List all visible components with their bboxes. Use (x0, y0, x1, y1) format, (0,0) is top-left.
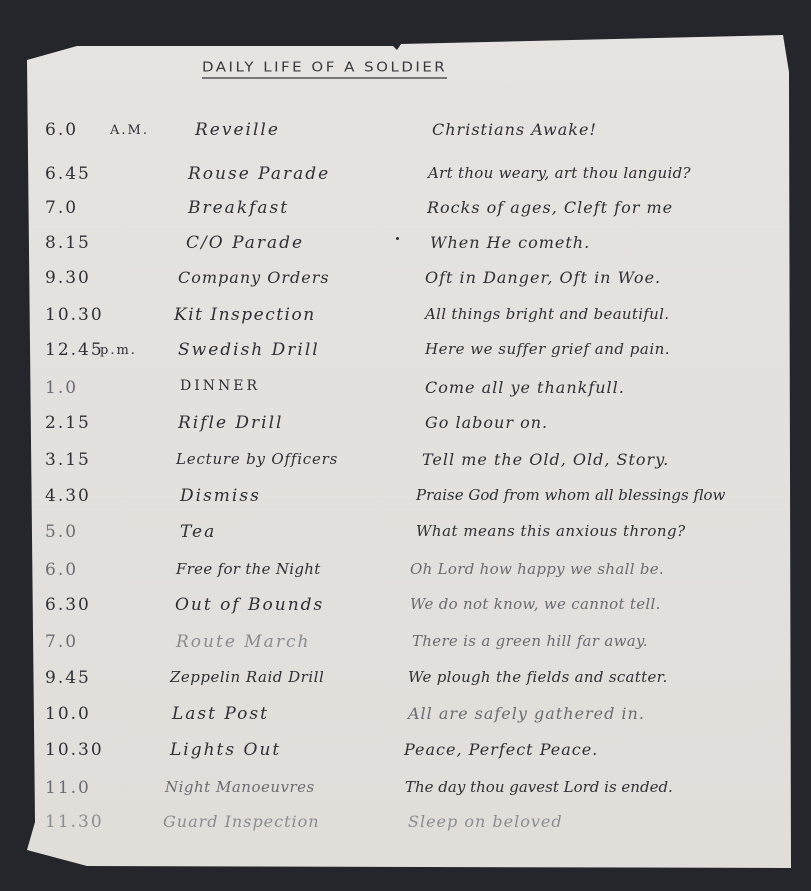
hymn: Oft in Danger, Oft in Woe. (425, 268, 661, 287)
schedule-row: 4.30 Dismiss Praise God from whom all bl… (0, 486, 811, 518)
schedule-row: 8.15 C/O Parade When He cometh. (0, 233, 811, 265)
time: 7.0 (45, 632, 78, 652)
activity: Swedish Drill (178, 340, 320, 360)
hymn: There is a green hill far away. (412, 632, 648, 650)
hymn: When He cometh. (430, 233, 590, 252)
schedule-row: 9.30 Company Orders Oft in Danger, Oft i… (0, 268, 811, 300)
activity: Last Post (172, 704, 269, 724)
schedule-row: 2.15 Rifle Drill Go labour on. (0, 413, 811, 445)
hymn: What means this anxious throng? (416, 522, 686, 540)
hymn: Oh Lord how happy we shall be. (410, 560, 664, 578)
time: 10.30 (45, 305, 104, 325)
hymn: Christians Awake! (432, 120, 597, 139)
hymn: Rocks of ages, Cleft for me (427, 198, 673, 217)
hymn: Tell me the Old, Old, Story. (422, 450, 669, 469)
hymn: Praise God from whom all blessings flow (416, 486, 725, 504)
hymn: Peace, Perfect Peace. (404, 740, 598, 759)
schedule-row: 12.45 p.m. Swedish Drill Here we suffer … (0, 340, 811, 372)
activity: Rifle Drill (178, 413, 284, 433)
time: 10.0 (45, 704, 91, 724)
activity: Out of Bounds (175, 595, 324, 615)
schedule-row: 9.45 Zeppelin Raid Drill We plough the f… (0, 668, 811, 700)
hymn: Come all ye thankfull. (425, 378, 625, 397)
time: 6.0 (45, 560, 78, 580)
activity: Zeppelin Raid Drill (170, 668, 324, 686)
schedule-row: 11.0 Night Manoeuvres The day thou gaves… (0, 778, 811, 810)
am-pm: p.m. (100, 343, 137, 358)
time: 6.0 (45, 120, 78, 140)
am-pm: A.M. (110, 123, 149, 138)
time: 2.15 (45, 413, 91, 433)
hymn: The day thou gavest Lord is ended. (405, 778, 673, 796)
photo-background: DAILY LIFE OF A SOLDIER 6.0 A.M. Reveill… (0, 0, 811, 891)
activity: Lecture by Officers (176, 450, 338, 468)
schedule-row: 7.0 Breakfast Rocks of ages, Cleft for m… (0, 198, 811, 230)
activity: Breakfast (188, 198, 289, 218)
schedule-row: 10.30 Kit Inspection All things bright a… (0, 305, 811, 337)
time: 3.15 (45, 450, 91, 470)
time: 6.30 (45, 595, 91, 615)
time: 1.0 (45, 378, 78, 398)
time: 11.0 (45, 778, 91, 798)
time: 10.30 (45, 740, 104, 760)
schedule-row: 6.30 Out of Bounds We do not know, we ca… (0, 595, 811, 627)
time: 9.30 (45, 268, 91, 288)
activity: C/O Parade (186, 233, 304, 253)
activity: DINNER (180, 378, 260, 394)
activity: Guard Inspection (163, 812, 320, 831)
hymn: Here we suffer grief and pain. (425, 340, 670, 358)
schedule-row: 3.15 Lecture by Officers Tell me the Old… (0, 450, 811, 482)
time: 7.0 (45, 198, 78, 218)
activity: Rouse Parade (188, 164, 330, 184)
hymn: Go labour on. (425, 413, 548, 432)
time: 8.15 (45, 233, 91, 253)
activity: Reveille (195, 120, 280, 140)
time: 4.30 (45, 486, 91, 506)
activity: Tea (180, 522, 216, 542)
schedule-row: 10.30 Lights Out Peace, Perfect Peace. (0, 740, 811, 772)
schedule-row: 6.45 Rouse Parade Art thou weary, art th… (0, 164, 811, 196)
time: 6.45 (45, 164, 91, 184)
time: 5.0 (45, 522, 78, 542)
hymn: Sleep on beloved (408, 812, 563, 831)
hymn: All are safely gathered in. (408, 704, 645, 723)
hymn: We do not know, we cannot tell. (410, 595, 661, 613)
activity: Kit Inspection (174, 305, 316, 325)
time: 11.30 (45, 812, 104, 832)
activity: Lights Out (170, 740, 281, 760)
activity: Company Orders (178, 268, 330, 287)
hymn: Art thou weary, art thou languid? (428, 164, 691, 182)
activity: Route March (176, 632, 310, 652)
activity: Free for the Night (176, 560, 321, 578)
hymn: All things bright and beautiful. (425, 305, 669, 323)
schedule-row: 6.0 A.M. Reveille Christians Awake! (0, 120, 811, 152)
schedule-row: 7.0 Route March There is a green hill fa… (0, 632, 811, 664)
activity: Night Manoeuvres (165, 778, 315, 796)
time: 12.45 (45, 340, 104, 360)
schedule-row: 1.0 DINNER Come all ye thankfull. (0, 378, 811, 410)
schedule-row: 5.0 Tea What means this anxious throng? (0, 522, 811, 554)
schedule-row: 6.0 Free for the Night Oh Lord how happy… (0, 560, 811, 592)
document-title: DAILY LIFE OF A SOLDIER (202, 59, 447, 79)
time: 9.45 (45, 668, 91, 688)
activity: Dismiss (180, 486, 261, 506)
schedule-row: 10.0 Last Post All are safely gathered i… (0, 704, 811, 736)
schedule-row: 11.30 Guard Inspection Sleep on beloved (0, 812, 811, 844)
hymn: We plough the fields and scatter. (408, 668, 668, 686)
